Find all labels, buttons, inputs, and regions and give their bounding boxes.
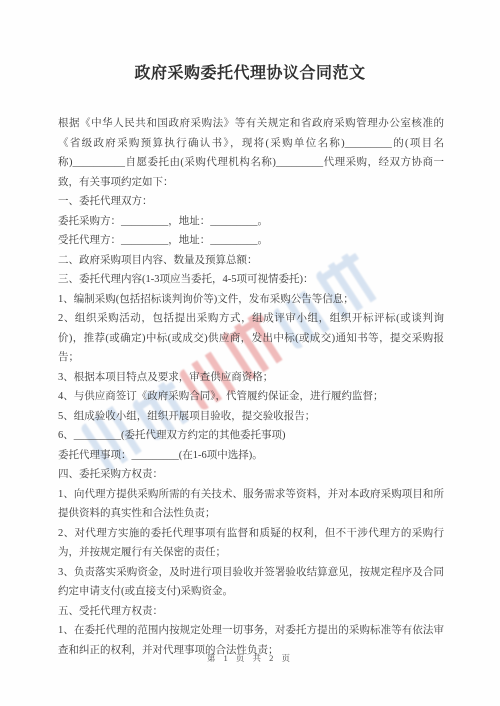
doc-paragraph: 根据《中华人民共和国政府采购法》等有关规定和省政府采购管理办公室核准的《省级政府… bbox=[58, 114, 444, 192]
doc-paragraph: 三、委托代理内容(1-3项应当委托，4-5项可视情委托)： bbox=[58, 270, 444, 290]
doc-paragraph: 1、向代理方提供采购所需的有关技术、服务需求等资料，并对本政府采购项目和所提供资… bbox=[58, 485, 444, 524]
document-page: 政府采购委托代理协议合同范文 根据《中华人民共和国政府采购法》等有关规定和省政府… bbox=[0, 0, 500, 706]
doc-paragraph: 4、与供应商签订《政府采购合同》，代管履约保证金，进行履约监督； bbox=[58, 387, 444, 407]
doc-paragraph: 四、委托采购方权责： bbox=[58, 465, 444, 485]
doc-paragraph: 3、负责落实采购资金，及时进行项目验收并签署验收结算意见，按规定程序及合同约定申… bbox=[58, 563, 444, 602]
doc-paragraph: 6、_________(委托代理双方约定的其他委托事项) bbox=[58, 426, 444, 446]
doc-paragraph: 受托代理方：_________，地址：_________。 bbox=[58, 231, 444, 251]
doc-paragraph: 委托采购方：_________，地址：_________。 bbox=[58, 212, 444, 232]
document-title: 政府采购委托代理协议合同范文 bbox=[30, 62, 470, 86]
doc-paragraph: 3、根据本项目特点及要求，审查供应商资格； bbox=[58, 368, 444, 388]
doc-paragraph: 2、组织采购活动，包括提出采购方式，组成评审小组，组织开标评标(或谈判询价)，推… bbox=[58, 309, 444, 368]
doc-paragraph: 五、受托代理方权责： bbox=[58, 602, 444, 622]
doc-paragraph: 一、委托代理双方： bbox=[58, 192, 444, 212]
doc-paragraph: 5、组成验收小组，组织开展项目验收，提交验收报告； bbox=[58, 407, 444, 427]
doc-paragraph: 1、编制采购(包括招标谈判询价等)文件，发布采购公告等信息； bbox=[58, 290, 444, 310]
document-body: 根据《中华人民共和国政府采购法》等有关规定和省政府采购管理办公室核准的《省级政府… bbox=[0, 114, 500, 660]
doc-paragraph: 委托代理事项：_________(在1-6项中选择)。 bbox=[58, 446, 444, 466]
doc-paragraph: 2、对代理方实施的委托代理事项有监督和质疑的权利，但不干涉代理方的采购行为，并按… bbox=[58, 524, 444, 563]
page-footer: 第 1 页 共 2 页 bbox=[0, 652, 500, 664]
doc-paragraph: 二、政府采购项目内容、数量及预算总额： bbox=[58, 251, 444, 271]
